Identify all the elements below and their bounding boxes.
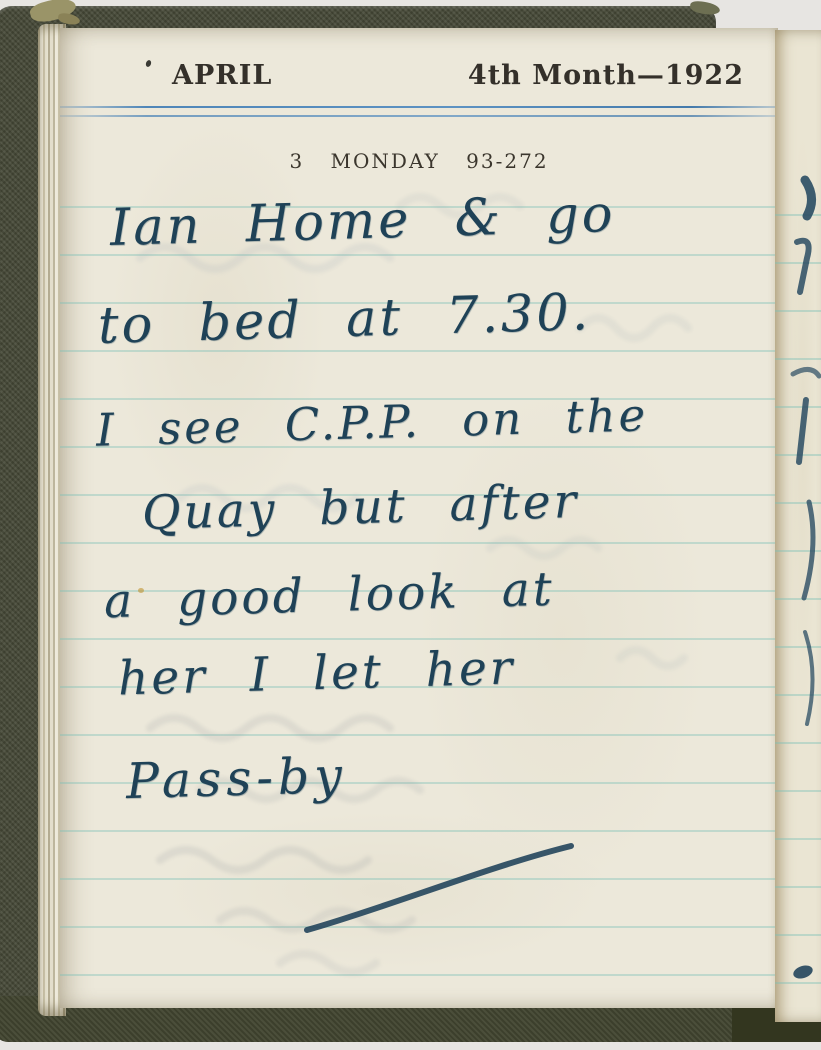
diary-page: APRIL 4th Month—1922 3 MONDAY 93-272 Ian… <box>60 28 778 1008</box>
facing-page <box>775 30 821 1022</box>
month-title: APRIL <box>172 60 272 91</box>
month-year-label: 4th Month—1922 <box>468 60 744 91</box>
handwriting-line: her I let her <box>117 640 516 706</box>
day-heading: 3 MONDAY 93-272 <box>60 149 778 173</box>
day-codes: 93-272 <box>466 149 548 173</box>
handwriting-line: Quay but after <box>141 474 579 541</box>
ink-flourish <box>295 830 585 945</box>
facing-page-ink-fragments <box>775 30 821 1022</box>
handwriting-line: Pass-by <box>125 747 347 810</box>
stain-dot <box>138 588 144 593</box>
header-rule-top <box>60 106 778 108</box>
ink-speck <box>145 59 152 67</box>
weekday-label: MONDAY <box>331 149 440 173</box>
header-rule-bottom <box>60 115 778 117</box>
handwriting-line: to bed at 7.30. <box>97 283 591 356</box>
diary-photo: APRIL 4th Month—1922 3 MONDAY 93-272 Ian… <box>0 0 821 1050</box>
handwriting-line: Ian Home & go <box>109 185 616 258</box>
handwriting-line: a good look at <box>103 562 555 630</box>
day-number: 3 <box>289 149 304 173</box>
handwriting-line: I see C.P.P. on the <box>95 388 648 456</box>
